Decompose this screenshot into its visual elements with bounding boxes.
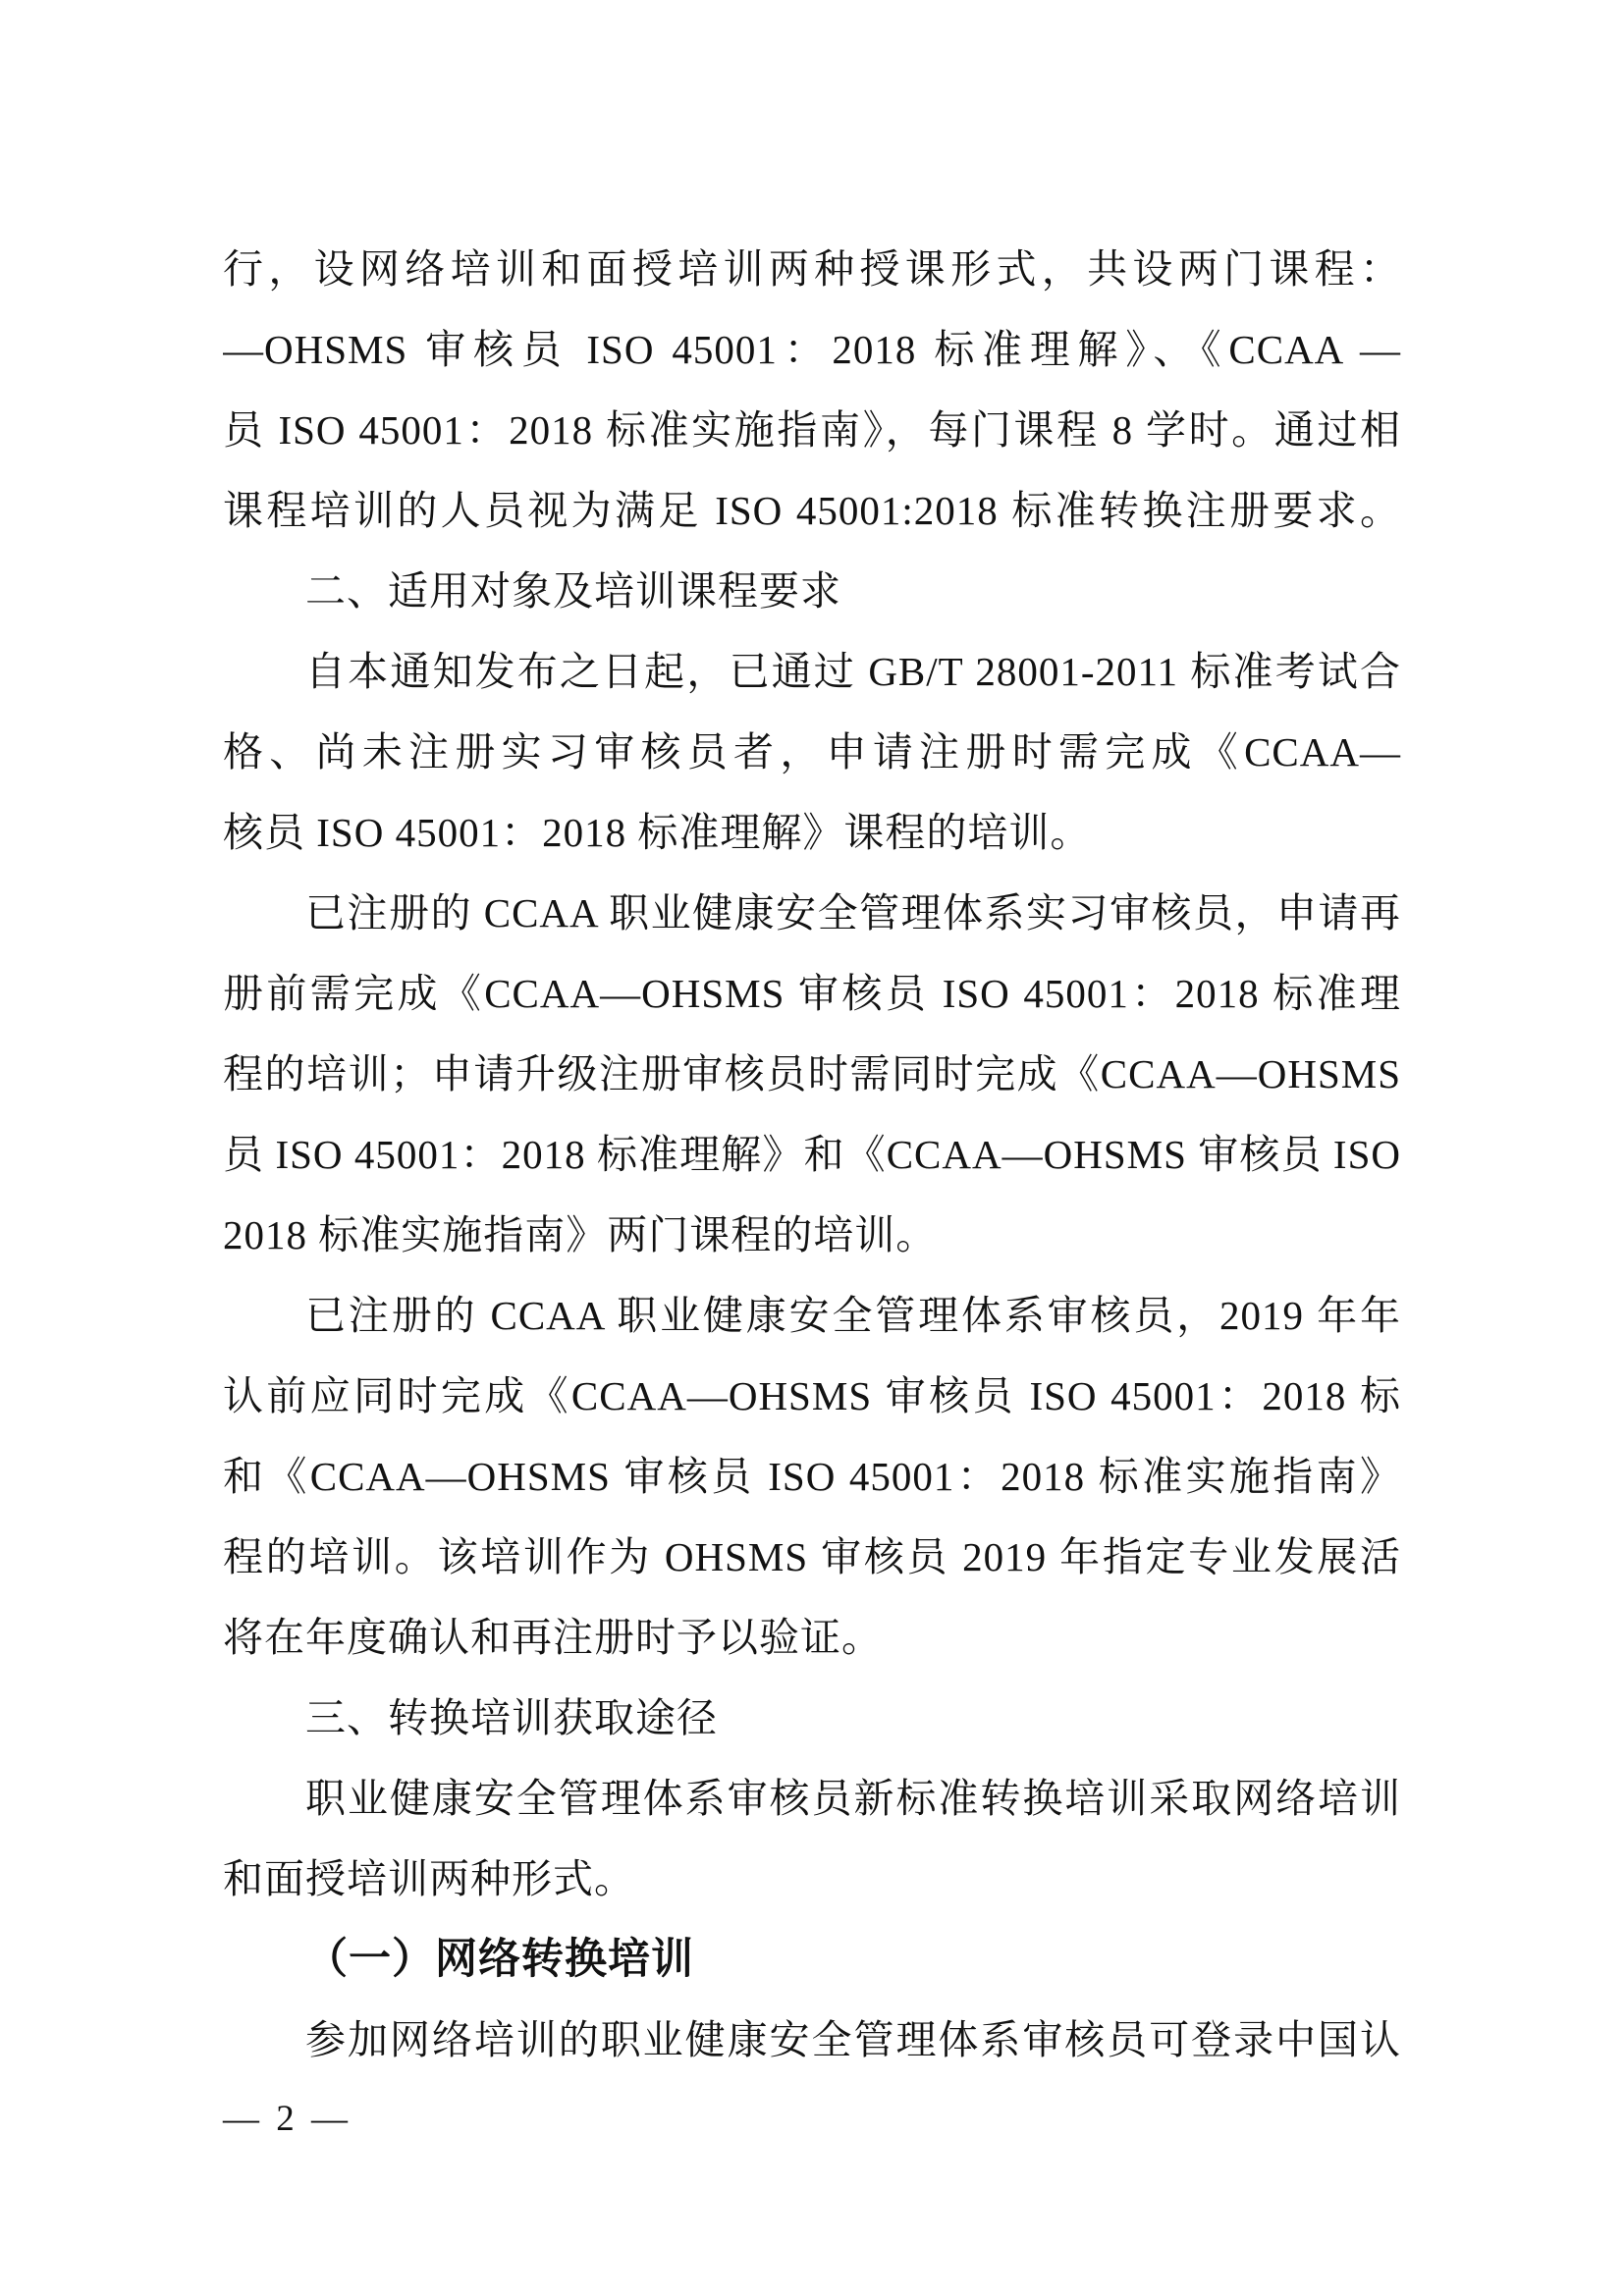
- text-line: 程的培训；申请升级注册审核员时需同时完成《CCAA—OHSMS 审核: [223, 1034, 1401, 1114]
- text-line: 和面授培训两种形式。: [223, 1839, 1401, 1919]
- text-line: 参加网络培训的职业健康安全管理体系审核员可登录中国认: [223, 2000, 1401, 2080]
- text-line: 核员 ISO 45001：2018 标准理解》课程的培训。: [223, 792, 1401, 873]
- text-line: 格、尚未注册实习审核员者，申请注册时需完成《CCAA—OHSMS 审: [223, 712, 1401, 792]
- text-line: 认前应同时完成《CCAA—OHSMS 审核员 ISO 45001：2018 标准…: [223, 1356, 1401, 1436]
- text-line: 三、转换培训获取途径: [223, 1678, 1401, 1758]
- text-line: 册前需完成《CCAA—OHSMS 审核员 ISO 45001：2018 标准理解…: [223, 953, 1401, 1034]
- document-page: 行，设网络培训和面授培训两种授课形式，共设两门课程：《CCAA—OHSMS 审核…: [0, 0, 1624, 2296]
- text-line: 2018 标准实施指南》两门课程的培训。: [223, 1195, 1401, 1275]
- text-line: 二、适用对象及培训课程要求: [223, 551, 1401, 631]
- text-line: 职业健康安全管理体系审核员新标准转换培训采取网络培训: [223, 1758, 1401, 1839]
- text-line: 行，设网络培训和面授培训两种授课形式，共设两门课程：《CCAA: [223, 229, 1401, 309]
- page-number: — 2 —: [223, 2099, 352, 2139]
- heading-line: （一）网络转换培训: [223, 1919, 1401, 2000]
- text-line: 程的培训。该培训作为 OHSMS 审核员 2019 年指定专业发展活动，: [223, 1517, 1401, 1597]
- text-line: 员 ISO 45001：2018 标准理解》和《CCAA—OHSMS 审核员 I…: [223, 1114, 1401, 1195]
- text-line: 员 ISO 45001：2018 标准实施指南》，每门课程 8 学时。通过相应: [223, 390, 1401, 470]
- text-line: 和《CCAA—OHSMS 审核员 ISO 45001：2018 标准实施指南》两…: [223, 1436, 1401, 1517]
- text-line: 已注册的 CCAA 职业健康安全管理体系审核员，2019 年年度确: [223, 1275, 1401, 1356]
- text-line: 已注册的 CCAA 职业健康安全管理体系实习审核员，申请再注: [223, 873, 1401, 953]
- page-footer: — 2 —: [223, 2092, 352, 2147]
- text-line: 将在年度确认和再注册时予以验证。: [223, 1597, 1401, 1678]
- text-line: 自本通知发布之日起，已通过 GB/T 28001-2011 标准考试合: [223, 631, 1401, 712]
- text-line: 课程培训的人员视为满足 ISO 45001:2018 标准转换注册要求。: [223, 470, 1401, 551]
- text-line: —OHSMS 审核员 ISO 45001：2018 标准理解》、《CCAA —O…: [223, 309, 1401, 390]
- document-body: 行，设网络培训和面授培训两种授课形式，共设两门课程：《CCAA—OHSMS 审核…: [223, 229, 1401, 2080]
